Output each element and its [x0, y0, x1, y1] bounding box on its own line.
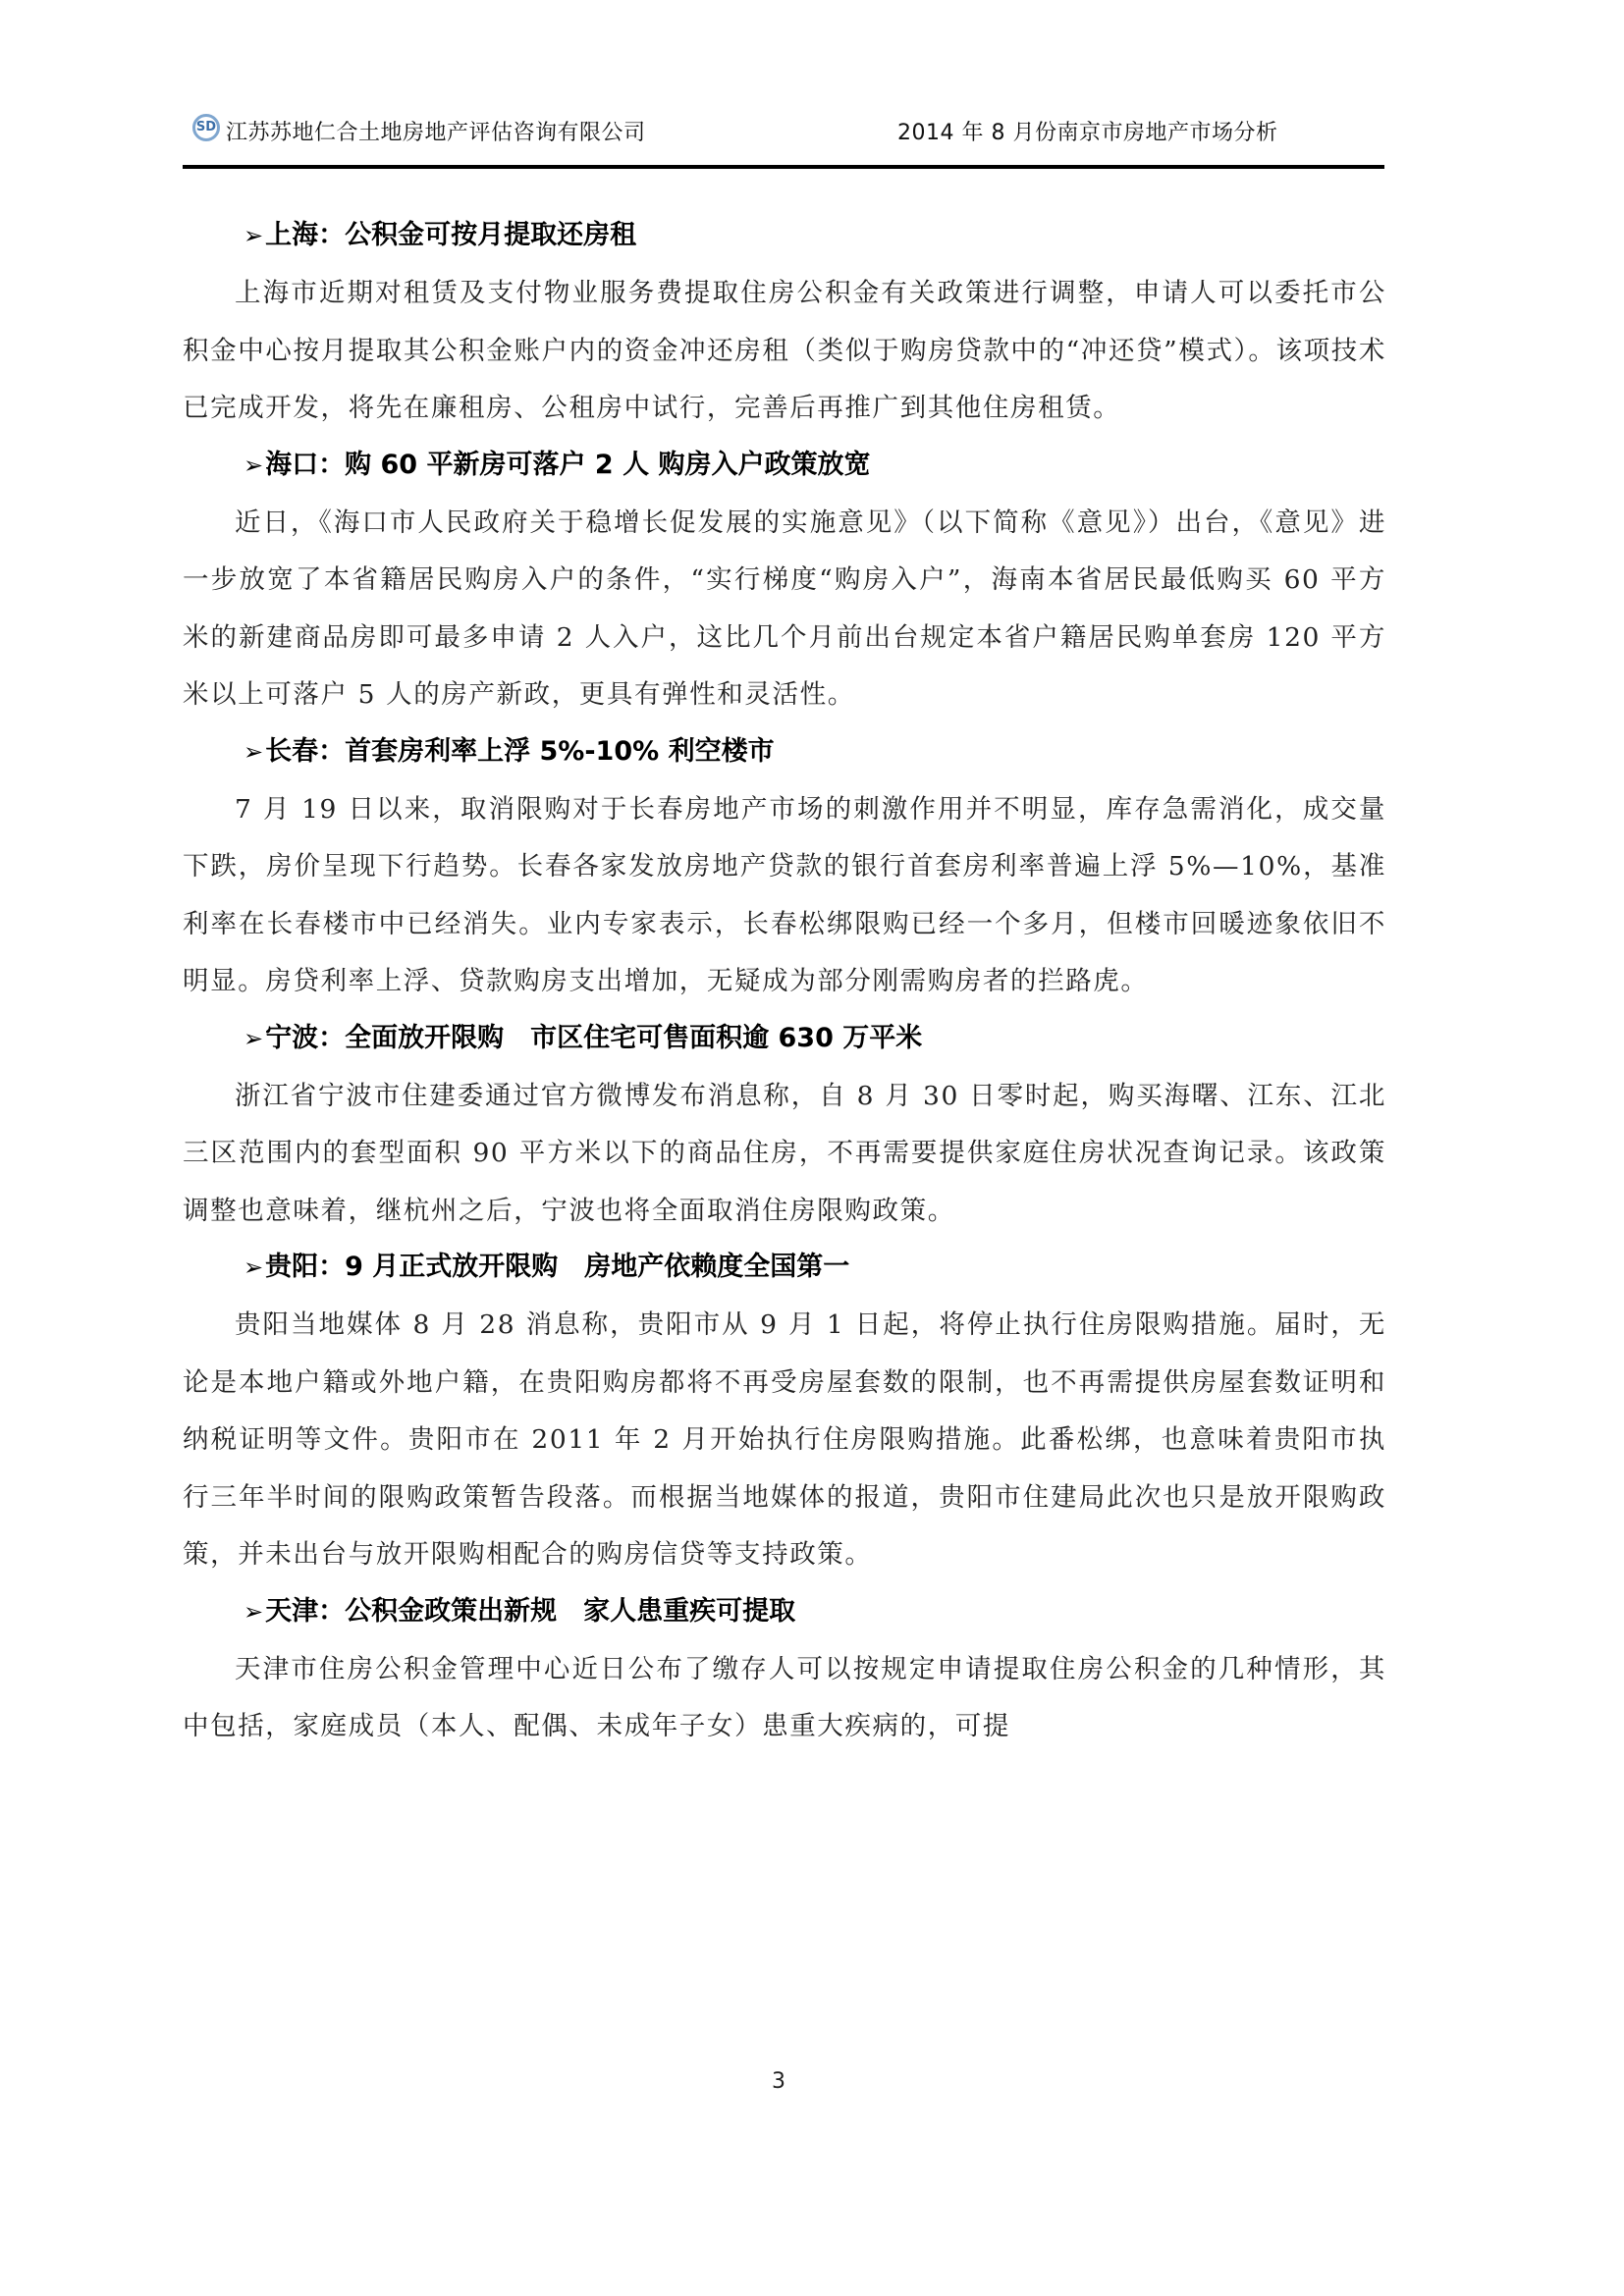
paragraph: 贵阳当地媒体 8 月 28 消息称，贵阳市从 9 月 1 日起，将停止执行住房限… [183, 1297, 1386, 1584]
section-heading: ➢长春：首套房利率上浮 5%-10% 利空楼市 [244, 724, 1386, 779]
arrow-bullet-icon: ➢ [244, 1584, 263, 1639]
paragraph: 7 月 19 日以来，取消限购对于长春房地产市场的刺激作用并不明显，库存急需消化… [183, 781, 1386, 1011]
section-haikou: ➢海口：购 60 平新房可落户 2 人 购房入户政策放宽 近日，《海口市人民政府… [183, 438, 1386, 724]
section-heading: ➢海口：购 60 平新房可落户 2 人 购房入户政策放宽 [244, 438, 1386, 493]
arrow-bullet-icon: ➢ [244, 438, 263, 493]
arrow-bullet-icon: ➢ [244, 208, 263, 263]
heading-text: 天津：公积金政策出新规 家人患重疾可提取 [265, 1596, 795, 1627]
paragraph: 浙江省宁波市住建委通过官方微博发布消息称，自 8 月 30 日零时起，购买海曙、… [183, 1068, 1386, 1241]
heading-text: 上海：公积金可按月提取还房租 [265, 220, 636, 250]
arrow-bullet-icon: ➢ [244, 724, 263, 779]
section-heading: ➢宁波：全面放开限购 市区住宅可售面积逾 630 万平米 [244, 1011, 1386, 1066]
section-changchun: ➢长春：首套房利率上浮 5%-10% 利空楼市 7 月 19 日以来，取消限购对… [183, 724, 1386, 1011]
section-heading: ➢天津：公积金政策出新规 家人患重疾可提取 [244, 1584, 1386, 1639]
page-number: 3 [772, 2069, 785, 2094]
page-header: SD 江苏苏地仁合土地房地产评估咨询有限公司 2014 年 8 月份南京市房地产… [183, 110, 1384, 153]
heading-text: 贵阳：9 月正式放开限购 房地产依赖度全国第一 [265, 1252, 849, 1282]
arrow-bullet-icon: ➢ [244, 1240, 263, 1295]
section-tianjin: ➢天津：公积金政策出新规 家人患重疾可提取 天津市住房公积金管理中心近日公布了缴… [183, 1584, 1386, 1756]
company-name: 江苏苏地仁合土地房地产评估咨询有限公司 [226, 116, 646, 146]
company-logo-icon: SD [192, 114, 220, 141]
paragraph: 近日，《海口市人民政府关于稳增长促发展的实施意见》（以下简称《意见》）出台，《意… [183, 495, 1386, 724]
section-heading: ➢贵阳：9 月正式放开限购 房地产依赖度全国第一 [244, 1240, 1386, 1295]
section-heading: ➢上海：公积金可按月提取还房租 [244, 208, 1386, 263]
paragraph: 天津市住房公积金管理中心近日公布了缴存人可以按规定申请提取住房公积金的几种情形，… [183, 1641, 1386, 1756]
arrow-bullet-icon: ➢ [244, 1011, 263, 1066]
document-body: ➢上海：公积金可按月提取还房租 上海市近期对租赁及支付物业服务费提取住房公积金有… [183, 208, 1386, 1756]
document-title: 2014 年 8 月份南京市房地产市场分析 [897, 116, 1277, 146]
section-ningbo: ➢宁波：全面放开限购 市区住宅可售面积逾 630 万平米 浙江省宁波市住建委通过… [183, 1011, 1386, 1241]
paragraph: 上海市近期对租赁及支付物业服务费提取住房公积金有关政策进行调整，申请人可以委托市… [183, 265, 1386, 438]
header-divider [183, 165, 1384, 169]
heading-text: 海口：购 60 平新房可落户 2 人 购房入户政策放宽 [265, 450, 870, 480]
section-shanghai: ➢上海：公积金可按月提取还房租 上海市近期对租赁及支付物业服务费提取住房公积金有… [183, 208, 1386, 438]
heading-text: 宁波：全面放开限购 市区住宅可售面积逾 630 万平米 [265, 1023, 922, 1053]
section-guiyang: ➢贵阳：9 月正式放开限购 房地产依赖度全国第一 贵阳当地媒体 8 月 28 消… [183, 1240, 1386, 1584]
heading-text: 长春：首套房利率上浮 5%-10% 利空楼市 [265, 736, 774, 767]
